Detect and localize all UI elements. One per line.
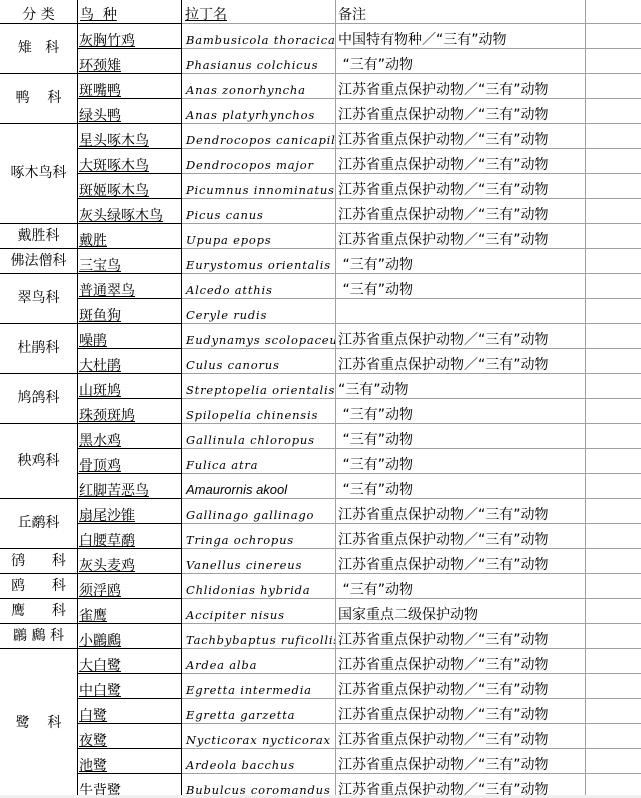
latin-cell-text: Eurystomus orientalis: [186, 258, 331, 272]
latin-cell-text: Tringa ochropus: [186, 533, 294, 547]
latin-cell[interactable]: Dendrocopos major: [182, 148, 336, 174]
species-cell[interactable]: 大杜鹃: [77, 348, 182, 374]
family-cell[interactable]: 鹰 科: [0, 598, 78, 624]
species-cell-text: 红脚苦恶鸟: [79, 484, 149, 498]
latin-cell[interactable]: Vanellus cinereus: [182, 548, 336, 574]
species-cell[interactable]: 扇尾沙锥: [77, 498, 182, 524]
family-cell[interactable]: 鹭 科: [0, 648, 78, 798]
latin-cell-text: Eudynamys scolopaceus: [186, 333, 336, 347]
empty-cell[interactable]: [585, 648, 641, 674]
latin-cell-text: Amaurornis akool: [186, 483, 287, 497]
note-cell[interactable]: [335, 298, 586, 324]
note-cell[interactable]: 江苏省重点保护动物／“三有”动物: [335, 223, 586, 249]
latin-cell-text: Egretta intermedia: [186, 683, 312, 697]
empty-cell[interactable]: [585, 498, 641, 524]
latin-cell[interactable]: Egretta garzetta: [182, 698, 336, 724]
latin-cell-text: Vanellus cinereus: [186, 558, 302, 572]
species-cell[interactable]: 骨顶鸡: [77, 448, 182, 474]
latin-cell[interactable]: Bambusicola thoracica: [182, 23, 336, 49]
latin-cell[interactable]: Tringa ochropus: [182, 523, 336, 549]
latin-cell[interactable]: Ceryle rudis: [182, 298, 336, 324]
family-cell[interactable]: 杜鹃科: [0, 323, 78, 374]
species-cell-text: 池鹭: [79, 759, 107, 773]
latin-cell[interactable]: Eurystomus orientalis: [182, 248, 336, 274]
species-cell-text: 须浮鸥: [79, 584, 121, 598]
family-label: 鸠鸽科: [18, 391, 60, 405]
note-cell-text: “三有”动物: [338, 58, 413, 72]
family-cell[interactable]: 佛法僧科: [0, 248, 78, 274]
species-cell[interactable]: 须浮鸥: [77, 573, 182, 599]
species-cell[interactable]: 斑鱼狗: [77, 298, 182, 324]
note-cell-text: “三有”动物: [338, 283, 413, 297]
note-cell-text: 江苏省重点保护动物／“三有”动物: [338, 133, 549, 147]
latin-cell-text: Picus canus: [186, 208, 264, 222]
note-cell-text: 江苏省重点保护动物／“三有”动物: [338, 758, 549, 772]
species-cell[interactable]: 黑水鸡: [77, 423, 182, 449]
family-cell[interactable]: 鸥 科: [0, 573, 78, 599]
latin-cell[interactable]: Ardea alba: [182, 648, 336, 674]
note-cell[interactable]: 江苏省重点保护动物／“三有”动物: [335, 348, 586, 374]
note-cell[interactable]: “三有”动物: [335, 373, 586, 399]
species-cell-text: 大杜鹃: [79, 359, 121, 373]
species-cell-text: 灰头绿啄木鸟: [79, 209, 163, 223]
latin-cell-text: Chlidonias hybrida: [186, 583, 310, 597]
empty-cell[interactable]: [585, 273, 641, 299]
empty-cell[interactable]: [585, 223, 641, 249]
note-cell-text: 江苏省重点保护动物／“三有”动物: [338, 633, 549, 647]
latin-cell-text: Accipiter nisus: [186, 608, 285, 622]
note-cell[interactable]: 江苏省重点保护动物／“三有”动物: [335, 748, 586, 774]
header-family[interactable]: 分 类: [0, 0, 78, 24]
empty-cell[interactable]: [585, 573, 641, 599]
species-cell[interactable]: 大斑啄木鸟: [77, 148, 182, 174]
empty-cell[interactable]: [585, 748, 641, 774]
note-cell[interactable]: “三有”动物: [335, 248, 586, 274]
empty-cell[interactable]: [585, 23, 641, 49]
species-cell-text: 中白鹭: [79, 684, 121, 698]
header-latin-label: 拉丁名: [185, 8, 227, 22]
note-cell-text: 江苏省重点保护动物／“三有”动物: [338, 358, 549, 372]
note-cell[interactable]: 国家重点二级保护动物: [335, 598, 586, 624]
latin-cell[interactable]: Amaurornis akool: [182, 473, 336, 499]
latin-cell[interactable]: Fulica atra: [182, 448, 336, 474]
note-cell[interactable]: 江苏省重点保护动物／“三有”动物: [335, 648, 586, 674]
note-cell-text: 江苏省重点保护动物／“三有”动物: [338, 108, 549, 122]
family-label: 翠鸟科: [18, 291, 60, 305]
species-cell-text: 雀鹰: [79, 609, 107, 623]
note-cell[interactable]: 江苏省重点保护动物／“三有”动物: [335, 73, 586, 99]
latin-cell-text: Spilopelia chinensis: [186, 408, 318, 422]
latin-cell-text: Dendrocopos canicapillus: [186, 133, 336, 147]
note-cell-text: 江苏省重点保护动物／“三有”动物: [338, 333, 549, 347]
species-cell-text: 夜鹭: [79, 734, 107, 748]
empty-cell[interactable]: [585, 173, 641, 199]
species-cell[interactable]: 夜鹭: [77, 723, 182, 749]
latin-cell[interactable]: Streptopelia orientalis: [182, 373, 336, 399]
species-cell[interactable]: 灰头麦鸡: [77, 548, 182, 574]
empty-cell[interactable]: [585, 398, 641, 424]
species-cell[interactable]: 噪鹃: [77, 323, 182, 349]
latin-cell[interactable]: Gallinago gallinago: [182, 498, 336, 524]
latin-cell[interactable]: Tachbybaptus ruficollis: [182, 623, 336, 649]
species-cell[interactable]: 珠颈斑鸠: [77, 398, 182, 424]
latin-cell[interactable]: Culus canorus: [182, 348, 336, 374]
species-cell-text: 山斑鸠: [79, 384, 121, 398]
note-cell[interactable]: 江苏省重点保护动物／“三有”动物: [335, 723, 586, 749]
note-cell[interactable]: 江苏省重点保护动物／“三有”动物: [335, 673, 586, 699]
note-cell-text: “三有”动物: [338, 408, 413, 422]
note-cell-text: 江苏省重点保护动物／“三有”动物: [338, 508, 549, 522]
latin-cell[interactable]: Accipiter nisus: [182, 598, 336, 624]
note-cell[interactable]: “三有”动物: [335, 573, 586, 599]
latin-cell[interactable]: Eudynamys scolopaceus: [182, 323, 336, 349]
note-cell-text: “三有”动物: [338, 583, 413, 597]
species-cell[interactable]: 小鸊鷉: [77, 623, 182, 649]
note-cell[interactable]: “三有”动物: [335, 423, 586, 449]
species-cell[interactable]: 斑姬啄木鸟: [77, 173, 182, 199]
note-cell[interactable]: 江苏省重点保护动物／“三有”动物: [335, 148, 586, 174]
latin-cell-text: Upupa epops: [186, 233, 272, 247]
latin-cell[interactable]: Anas zonorhyncha: [182, 73, 336, 99]
species-cell-text: 大白鹭: [79, 659, 121, 673]
family-label: 鹭 科: [16, 716, 62, 730]
header-latin[interactable]: 拉丁名: [182, 0, 336, 24]
empty-cell[interactable]: [585, 723, 641, 749]
latin-cell[interactable]: Spilopelia chinensis: [182, 398, 336, 424]
latin-cell-text: Gallinago gallinago: [186, 508, 314, 522]
note-cell[interactable]: 江苏省重点保护动物／“三有”动物: [335, 523, 586, 549]
family-label: 鸻 科: [11, 554, 66, 568]
species-cell[interactable]: 红脚苦恶鸟: [77, 473, 182, 499]
latin-cell-text: Streptopelia orientalis: [186, 383, 335, 397]
species-cell-text: 灰胸竹鸡: [79, 34, 135, 48]
species-cell[interactable]: 绿头鸭: [77, 98, 182, 124]
empty-cell[interactable]: [585, 348, 641, 374]
latin-cell-text: Bambusicola thoracica: [186, 33, 336, 47]
species-cell[interactable]: 中白鹭: [77, 673, 182, 699]
latin-cell-text: Ardeola bacchus: [186, 758, 295, 772]
empty-cell[interactable]: [585, 48, 641, 74]
family-cell[interactable]: 秧鸡科: [0, 423, 78, 499]
latin-cell-text: Tachbybaptus ruficollis: [186, 633, 336, 647]
empty-cell[interactable]: [585, 148, 641, 174]
family-cell[interactable]: 鸊 鷉 科: [0, 623, 78, 649]
species-cell[interactable]: 白鹭: [77, 698, 182, 724]
note-cell[interactable]: 江苏省重点保护动物／“三有”动物: [335, 498, 586, 524]
note-cell[interactable]: 江苏省重点保护动物／“三有”动物: [335, 548, 586, 574]
note-cell-text: 江苏省重点保护动物／“三有”动物: [338, 733, 549, 747]
note-cell[interactable]: 江苏省重点保护动物／“三有”动物: [335, 98, 586, 124]
species-cell[interactable]: 环颈雉: [77, 48, 182, 74]
latin-cell-text: Ceryle rudis: [186, 308, 267, 322]
family-cell[interactable]: 雉 科: [0, 23, 78, 74]
species-cell[interactable]: 三宝鸟: [77, 248, 182, 274]
latin-cell-text: Picumnus innominatus: [186, 183, 335, 197]
note-cell-text: “三有”动物: [338, 483, 413, 497]
empty-cell[interactable]: [585, 123, 641, 149]
species-cell-text: 环颈雉: [79, 59, 121, 73]
species-cell-text: 绿头鸭: [79, 109, 121, 123]
species-cell-text: 星头啄木鸟: [79, 134, 149, 148]
family-cell[interactable]: 啄木鸟科: [0, 123, 78, 224]
species-cell-text: 三宝鸟: [79, 259, 121, 273]
header-species[interactable]: 鸟 种: [78, 0, 182, 24]
species-cell[interactable]: 白腰草鹬: [77, 523, 182, 549]
latin-cell-text: Ardea alba: [186, 658, 257, 672]
header-note-label: 备注: [338, 8, 366, 22]
note-cell-text: 江苏省重点保护动物／“三有”动物: [338, 683, 549, 697]
family-label: 戴胜科: [18, 229, 60, 243]
species-cell[interactable]: 大白鹭: [77, 648, 182, 674]
note-cell[interactable]: “三有”动物: [335, 273, 586, 299]
empty-cell[interactable]: [585, 298, 641, 324]
note-cell-text: 江苏省重点保护动物／“三有”动物: [338, 208, 549, 222]
latin-cell[interactable]: Upupa epops: [182, 223, 336, 249]
note-cell-text: “三有”动物: [338, 383, 409, 397]
empty-cell[interactable]: [585, 248, 641, 274]
species-cell[interactable]: 山斑鸠: [77, 373, 182, 399]
empty-cell[interactable]: [585, 73, 641, 99]
note-cell-text: 江苏省重点保护动物／“三有”动物: [338, 183, 549, 197]
note-cell-text: 江苏省重点保护动物／“三有”动物: [338, 83, 549, 97]
species-cell-text: 戴胜: [79, 234, 107, 248]
note-cell-text: 中国特有物种／“三有”动物: [338, 33, 507, 47]
note-cell-text: 国家重点二级保护动物: [338, 608, 478, 622]
family-cell[interactable]: 戴胜科: [0, 223, 78, 249]
family-label: 佛法僧科: [11, 254, 67, 268]
latin-cell-text: Egretta garzetta: [186, 708, 295, 722]
note-cell[interactable]: 江苏省重点保护动物／“三有”动物: [335, 173, 586, 199]
latin-cell-text: Anas platyrhynchos: [186, 108, 315, 122]
species-cell-text: 灰头麦鸡: [79, 559, 135, 573]
latin-cell[interactable]: Picumnus innominatus: [182, 173, 336, 199]
species-cell-text: 白腰草鹬: [79, 534, 135, 548]
note-cell[interactable]: “三有”动物: [335, 448, 586, 474]
note-cell-text: “三有”动物: [338, 458, 413, 472]
family-cell[interactable]: 鸭 科: [0, 73, 78, 124]
empty-cell[interactable]: [585, 623, 641, 649]
species-cell-text: 噪鹃: [79, 334, 107, 348]
latin-cell[interactable]: Nycticorax nycticorax: [182, 723, 336, 749]
latin-cell-text: Anas zonorhyncha: [186, 83, 306, 97]
latin-cell[interactable]: Ardeola bacchus: [182, 748, 336, 774]
latin-cell-text: Dendrocopos major: [186, 158, 314, 172]
note-cell[interactable]: 江苏省重点保护动物／“三有”动物: [335, 198, 586, 224]
spreadsheet: 分 类 鸟 种 拉丁名 备注 雉 科鸭 科啄木鸟科戴胜科佛法僧科翠鸟科杜鹃科鸠鸽…: [0, 0, 641, 798]
family-label: 秧鸡科: [18, 454, 60, 468]
latin-cell[interactable]: Picus canus: [182, 198, 336, 224]
species-cell-text: 大斑啄木鸟: [79, 159, 149, 173]
species-cell[interactable]: 灰胸竹鸡: [77, 23, 182, 49]
empty-cell[interactable]: [585, 198, 641, 224]
note-cell-text: 江苏省重点保护动物／“三有”动物: [338, 233, 549, 247]
empty-cell[interactable]: [585, 423, 641, 449]
note-cell-text: 江苏省重点保护动物／“三有”动物: [338, 658, 549, 672]
empty-cell[interactable]: [585, 548, 641, 574]
species-cell-text: 普通翠鸟: [79, 284, 135, 298]
family-label: 鸊 鷉 科: [13, 629, 64, 643]
latin-cell[interactable]: Alcedo atthis: [182, 273, 336, 299]
family-label: 杜鹃科: [18, 341, 60, 355]
latin-cell-text: Nycticorax nycticorax: [186, 733, 331, 747]
species-cell-text: 骨顶鸡: [79, 459, 121, 473]
species-cell[interactable]: 普通翠鸟: [77, 273, 182, 299]
species-cell[interactable]: 雀鹰: [77, 598, 182, 624]
latin-cell-text: Gallinula chloropus: [186, 433, 315, 447]
note-cell-text: “三有”动物: [338, 258, 413, 272]
species-cell-text: 黑水鸡: [79, 434, 121, 448]
family-label: 鸥 科: [11, 579, 66, 593]
family-label: 鹰 科: [11, 604, 66, 618]
latin-cell[interactable]: Gallinula chloropus: [182, 423, 336, 449]
note-cell-text: 江苏省重点保护动物／“三有”动物: [338, 558, 549, 572]
latin-cell[interactable]: Anas platyrhynchos: [182, 98, 336, 124]
note-cell[interactable]: “三有”动物: [335, 473, 586, 499]
note-cell-text: 江苏省重点保护动物／“三有”动物: [338, 533, 549, 547]
empty-cell[interactable]: [585, 323, 641, 349]
note-cell[interactable]: 江苏省重点保护动物／“三有”动物: [335, 123, 586, 149]
note-cell[interactable]: “三有”动物: [335, 48, 586, 74]
note-cell-text: 江苏省重点保护动物／“三有”动物: [338, 708, 549, 722]
latin-cell-text: Fulica atra: [186, 458, 258, 472]
empty-cell[interactable]: [585, 598, 641, 624]
species-cell[interactable]: 斑嘴鸭: [77, 73, 182, 99]
family-label: 啄木鸟科: [11, 166, 67, 180]
family-cell[interactable]: 鸠鸽科: [0, 373, 78, 424]
empty-cell[interactable]: [585, 673, 641, 699]
latin-cell[interactable]: Dendrocopos canicapillus: [182, 123, 336, 149]
empty-cell[interactable]: [585, 98, 641, 124]
note-cell-text: “三有”动物: [338, 433, 413, 447]
species-cell[interactable]: 星头啄木鸟: [77, 123, 182, 149]
latin-cell[interactable]: Chlidonias hybrida: [182, 573, 336, 599]
latin-cell-text: Phasianus colchicus: [186, 58, 318, 72]
species-cell-text: 白鹭: [79, 709, 107, 723]
header-family-label: 分 类: [22, 8, 54, 22]
species-cell[interactable]: 戴胜: [77, 223, 182, 249]
species-cell[interactable]: 灰头绿啄木鸟: [77, 198, 182, 224]
species-cell-text: 珠颈斑鸠: [79, 409, 135, 423]
species-cell-text: 小鸊鷉: [79, 634, 121, 648]
family-cell[interactable]: 翠鸟科: [0, 273, 78, 324]
header-note[interactable]: 备注: [335, 0, 586, 24]
empty-cell[interactable]: [585, 448, 641, 474]
latin-cell-text: Alcedo atthis: [186, 283, 273, 297]
empty-cell[interactable]: [585, 373, 641, 399]
empty-cell[interactable]: [585, 523, 641, 549]
header-species-label: 鸟 种: [80, 8, 117, 22]
note-cell[interactable]: 江苏省重点保护动物／“三有”动物: [335, 623, 586, 649]
note-cell[interactable]: 中国特有物种／“三有”动物: [335, 23, 586, 49]
species-cell-text: 扇尾沙锥: [79, 509, 135, 523]
family-label: 雉 科: [18, 41, 59, 55]
empty-cell[interactable]: [585, 473, 641, 499]
family-cell[interactable]: 鸻 科: [0, 548, 78, 574]
note-cell-text: 江苏省重点保护动物／“三有”动物: [338, 158, 549, 172]
note-cell[interactable]: 江苏省重点保护动物／“三有”动物: [335, 698, 586, 724]
note-cell[interactable]: “三有”动物: [335, 398, 586, 424]
family-cell[interactable]: 丘鹬科: [0, 498, 78, 549]
species-cell-text: 斑嘴鸭: [79, 84, 121, 98]
latin-cell[interactable]: Egretta intermedia: [182, 673, 336, 699]
species-cell[interactable]: 池鹭: [77, 748, 182, 774]
header-empty-cell[interactable]: [585, 0, 641, 24]
species-cell-text: 斑姬啄木鸟: [79, 184, 149, 198]
family-label: 丘鹬科: [18, 516, 60, 530]
species-cell-text: 斑鱼狗: [79, 309, 121, 323]
note-cell[interactable]: 江苏省重点保护动物／“三有”动物: [335, 323, 586, 349]
latin-cell[interactable]: Phasianus colchicus: [182, 48, 336, 74]
family-label: 鸭 科: [16, 91, 62, 105]
empty-cell[interactable]: [585, 698, 641, 724]
latin-cell-text: Culus canorus: [186, 358, 280, 372]
